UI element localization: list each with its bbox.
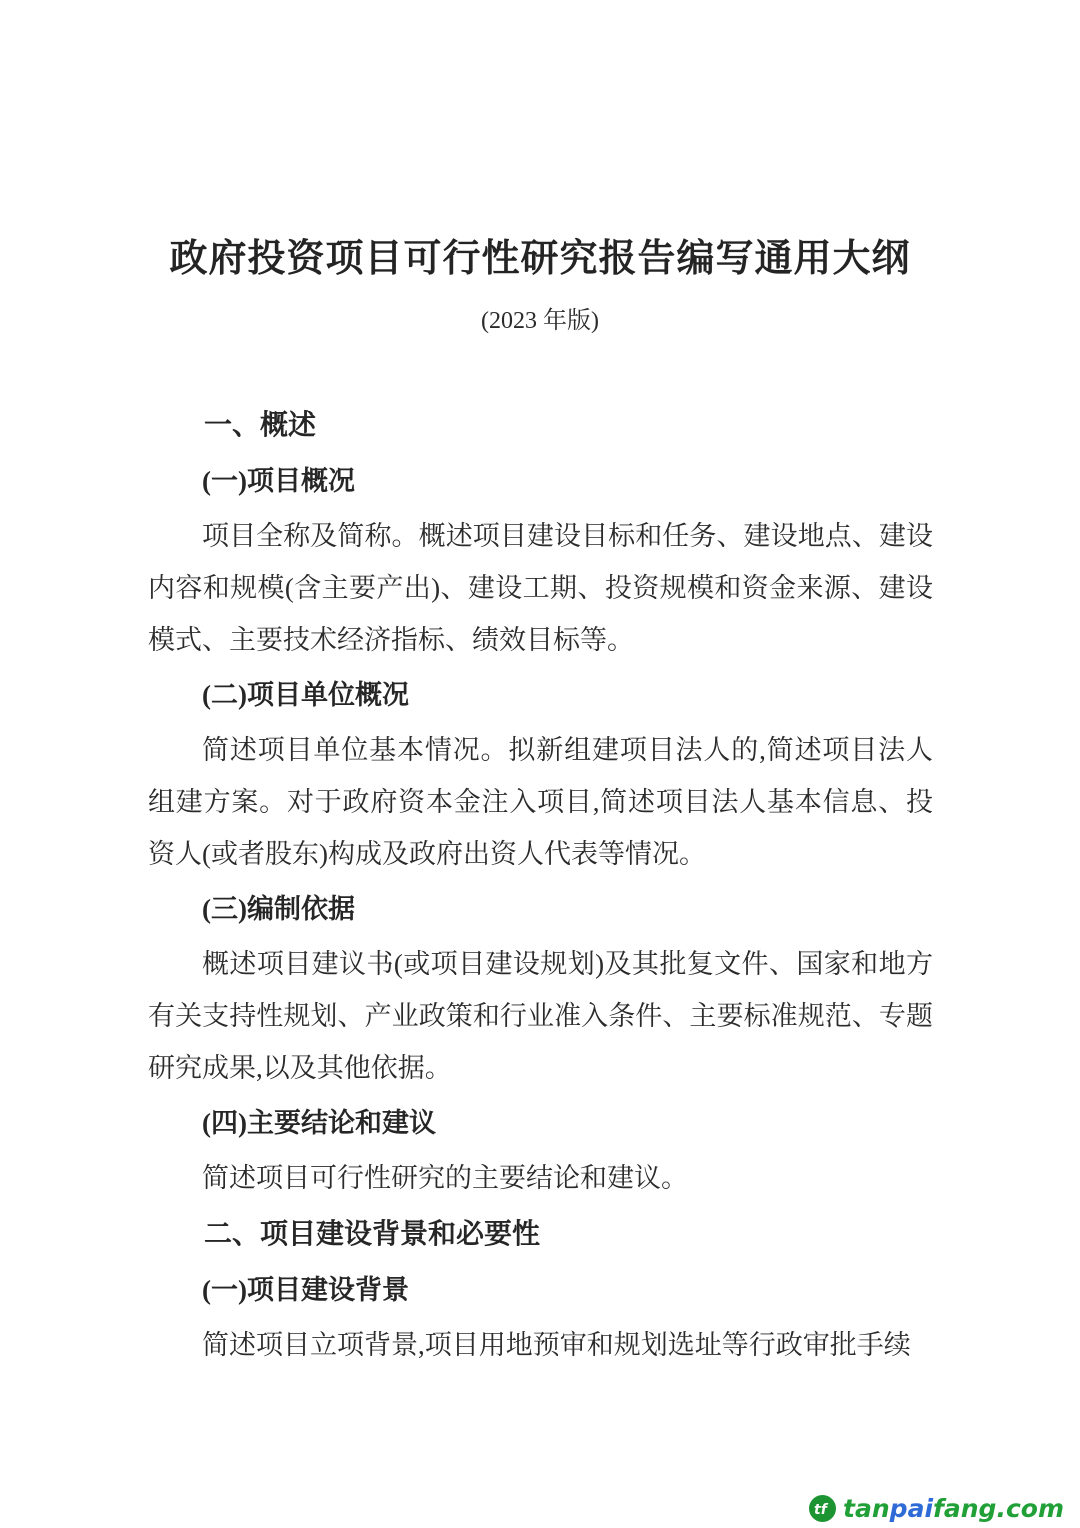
tanpaifang-watermark-link[interactable]: tf tanpaifang.com <box>809 1495 1064 1522</box>
watermark-text: tanpaifang.com <box>843 1495 1064 1522</box>
document-page: 政府投资项目可行性研究报告编写通用大纲 (2023 年版) 一、概述 (一)项目… <box>0 0 1080 1528</box>
watermark-text-pai: pai <box>890 1494 933 1523</box>
subsection-heading-1-3: (三)编制依据 <box>148 883 933 935</box>
section-heading-2: 二、项目建设背景和必要性 <box>148 1208 933 1260</box>
subsection-heading-1-2: (二)项目单位概况 <box>148 669 933 721</box>
paragraph-main-conclusions: 简述项目可行性研究的主要结论和建议。 <box>148 1152 933 1204</box>
tanpaifang-logo-icon: tf <box>809 1495 836 1522</box>
paragraph-project-unit-overview: 简述项目单位基本情况。拟新组建项目法人的,简述项目法人组建方案。对于政府资本金注… <box>148 724 933 880</box>
watermark-text-fang: fang.com <box>933 1494 1064 1523</box>
subsection-heading-1-1: (一)项目概况 <box>148 455 933 507</box>
document-body: 一、概述 (一)项目概况 项目全称及简称。概述项目建设目标和任务、建设地点、建设… <box>148 399 933 1371</box>
document-title: 政府投资项目可行性研究报告编写通用大纲 <box>60 233 1020 285</box>
subsection-heading-1-4: (四)主要结论和建议 <box>148 1097 933 1149</box>
watermark-text-tan: tan <box>843 1494 890 1523</box>
paragraph-project-background: 简述项目立项背景,项目用地预审和规划选址等行政审批手续 <box>148 1319 933 1371</box>
svg-text:tf: tf <box>814 1502 829 1518</box>
section-heading-1: 一、概述 <box>148 399 933 451</box>
subsection-heading-2-1: (一)项目建设背景 <box>148 1264 933 1316</box>
paragraph-compilation-basis: 概述项目建议书(或项目建设规划)及其批复文件、国家和地方有关支持性规划、产业政策… <box>148 938 933 1094</box>
document-subtitle: (2023 年版) <box>0 301 1080 341</box>
paragraph-project-overview: 项目全称及简称。概述项目建设目标和任务、建设地点、建设内容和规模(含主要产出)、… <box>148 510 933 666</box>
